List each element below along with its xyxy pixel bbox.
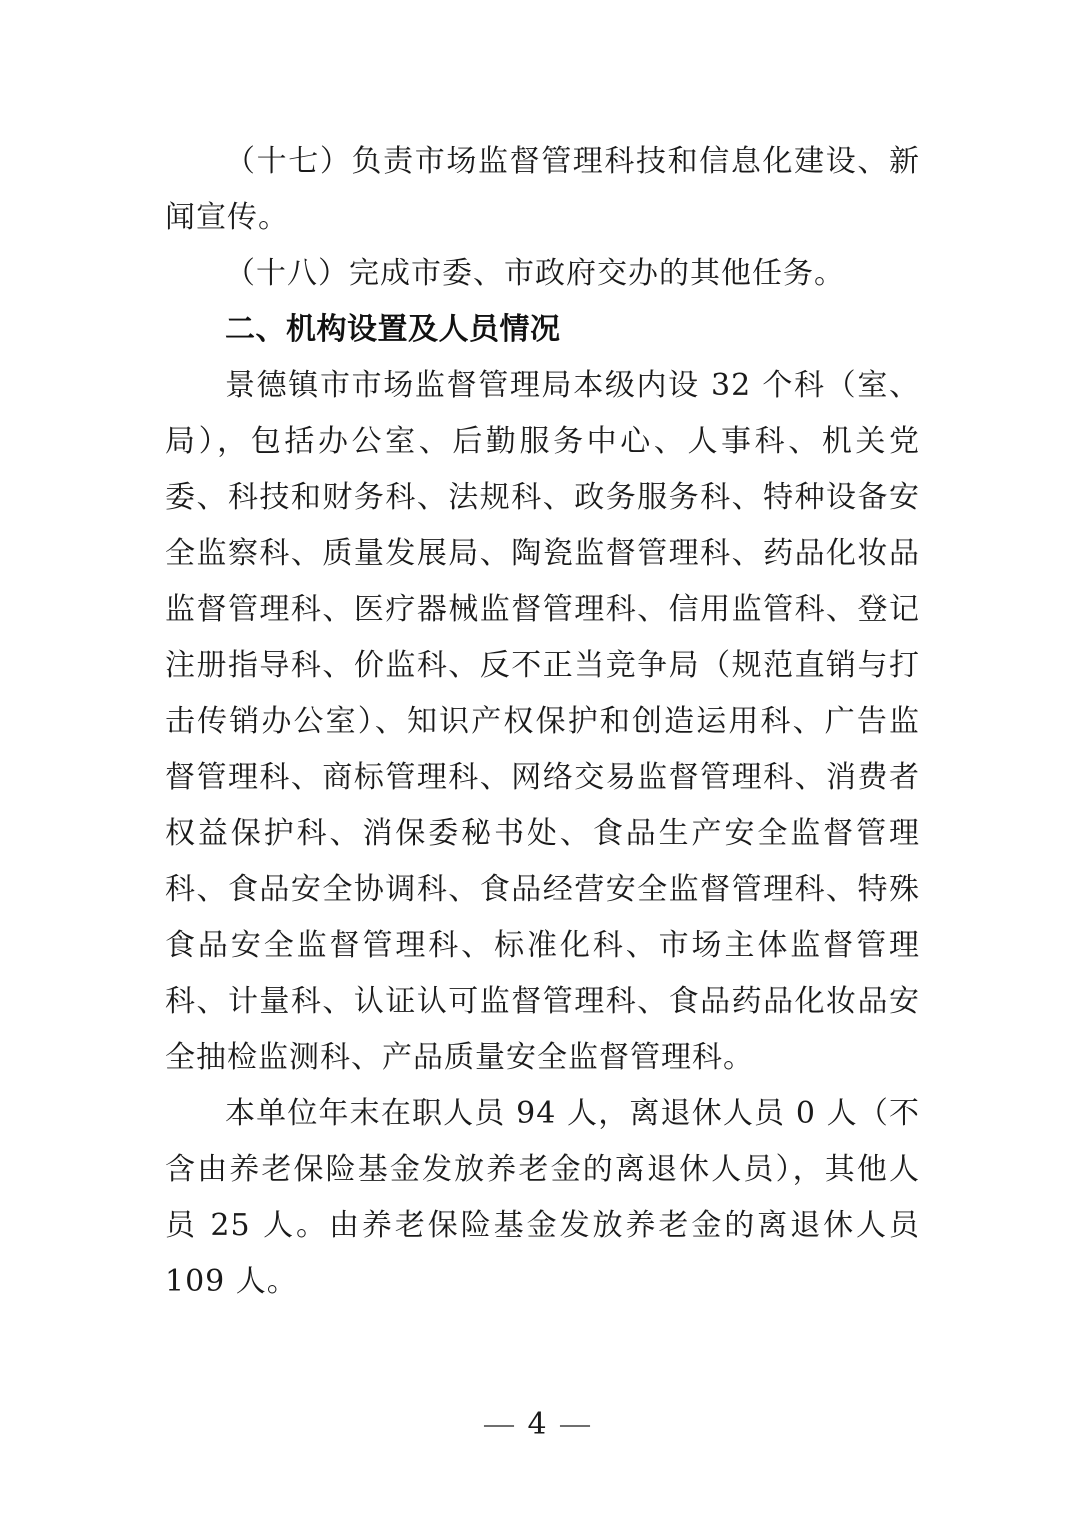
footer-dash-left: — <box>483 1405 516 1445</box>
section-heading-organization: 二、机构设置及人员情况 <box>165 302 920 358</box>
paragraph-item-18: （十八）完成市委、市政府交办的其他任务。 <box>165 246 920 302</box>
document-body: （十七）负责市场监督管理科技和信息化建设、新闻宣传。 （十八）完成市委、市政府交… <box>165 134 920 1310</box>
page-footer: — 4 — <box>0 1405 1074 1445</box>
document-page: （十七）负责市场监督管理科技和信息化建设、新闻宣传。 （十八）完成市委、市政府交… <box>0 0 1074 1520</box>
paragraph-personnel-counts: 本单位年末在职人员 94 人，离退休人员 0 人（不含由养老保险基金发放养老金的… <box>165 1086 920 1310</box>
paragraph-org-structure: 景德镇市市场监督管理局本级内设 32 个科（室、局），包括办公室、后勤服务中心、… <box>165 358 920 1086</box>
paragraph-item-17: （十七）负责市场监督管理科技和信息化建设、新闻宣传。 <box>165 134 920 246</box>
footer-dash-right: — <box>558 1405 591 1445</box>
page-number: 4 <box>527 1405 546 1445</box>
